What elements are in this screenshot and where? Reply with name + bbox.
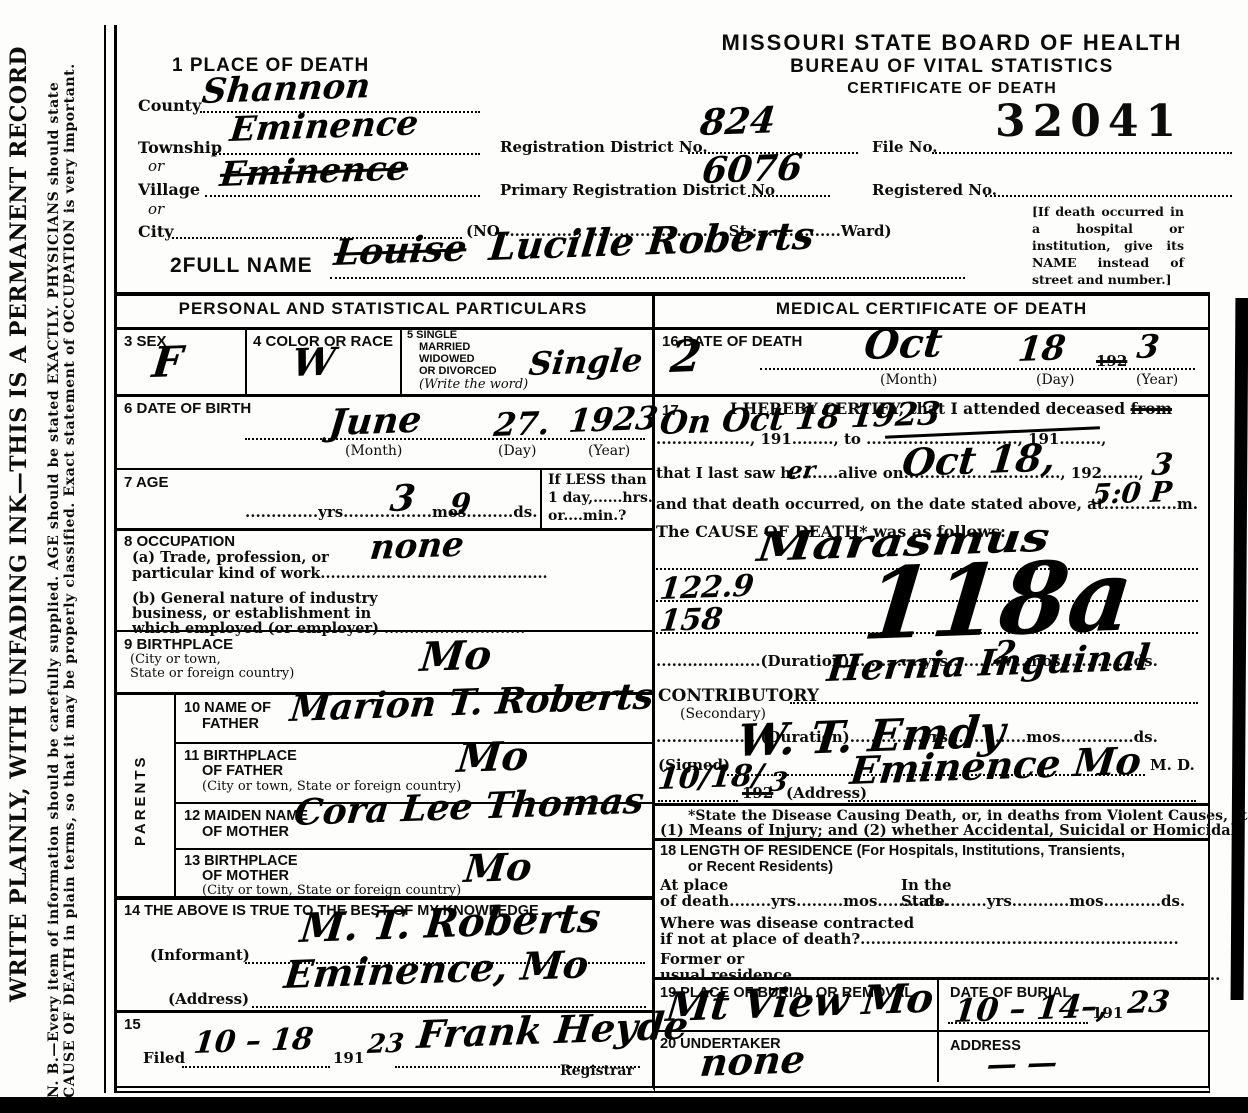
occupation-label: 8 OCCUPATION (124, 533, 235, 550)
date-of-burial-handwriting: 10 – 14–, (952, 986, 1110, 1030)
informant-address-label: (Address) (168, 990, 249, 1008)
margin-nb-line1: N. B.—Every item of information should b… (46, 63, 62, 1098)
sex-value-handwriting: F (150, 337, 185, 387)
death-year-handwriting: 3 (1135, 327, 1161, 366)
full-name-dotted-line (330, 277, 965, 279)
filed-year-printed: 191 (333, 1049, 364, 1067)
marital-label-line2: MARRIED (419, 341, 470, 353)
dob-month-caption: (Month) (345, 443, 402, 459)
primary-registration-value: 6076 (700, 146, 805, 192)
age-months-handwriting: 3 (388, 477, 417, 520)
mother-birthplace-label-line1: 13 BIRTHPLACE (184, 853, 298, 869)
father-birthplace-label-line1: 11 BIRTHPLACE (184, 748, 297, 764)
village-dotted-line (205, 195, 480, 197)
in-the-state-label-line2: State........yrs...........mos..........… (901, 892, 1185, 910)
township-value-handwriting: Eminence (228, 103, 420, 150)
margin-nb-note: N. B.—Every item of information should b… (46, 63, 78, 1098)
rule (655, 1030, 1208, 1032)
name-struck-handwriting: Louise (332, 227, 469, 274)
registration-district-value: 824 (698, 99, 778, 144)
age-label: 7 AGE (124, 474, 168, 491)
death-month-handwriting: Oct (862, 319, 945, 369)
rule (655, 803, 1208, 806)
mother-birthplace-label-line2: OF MOTHER (202, 868, 289, 884)
mother-maiden-label-line1: 12 MAIDEN NAME (184, 808, 308, 824)
date-of-death-dotted-line (760, 368, 1195, 370)
death-month-caption: (Month) (880, 372, 937, 388)
death-certificate-scan: WRITE PLAINLY, WITH UNFADING INK—THIS IS… (0, 0, 1248, 1113)
contributory-dotted-line (790, 702, 1198, 704)
parents-vertical-label: PARENTS (132, 754, 149, 846)
file-no-dotted-line (932, 152, 1232, 154)
rule (937, 977, 939, 1082)
length-of-residence-label-line1: 18 LENGTH OF RESIDENCE (For Hospitals, I… (660, 843, 1125, 859)
burial-year-printed: 191 (1092, 1004, 1123, 1022)
township-label: Township (138, 138, 222, 157)
rule (174, 692, 176, 896)
rule (400, 327, 402, 394)
margin-warning-text: WRITE PLAINLY, WITH UNFADING INK—THIS IS… (6, 46, 32, 1002)
occupation-value-handwriting: none (368, 525, 466, 568)
signature-date-dotted-line (658, 800, 738, 802)
registrar-label: Registrar (560, 1063, 634, 1079)
death-year-printed: 192 (1096, 352, 1127, 370)
length-of-residence-label-line2: or Recent Residents) (688, 859, 833, 875)
registered-no-dotted-line (985, 195, 1232, 197)
occupation-a-line1: (a) Trade, profession, or (132, 549, 329, 566)
dob-year-handwriting: 1923 (567, 399, 660, 440)
occupation-a-line2: particular kind of work.................… (132, 565, 548, 582)
date-of-birth-label: 6 DATE OF BIRTH (124, 400, 251, 417)
rule (114, 468, 652, 470)
filed-label: Filed (143, 1049, 185, 1067)
burial-year-handwriting: 23 (1126, 984, 1171, 1021)
village-value-handwriting-struck: Eminence (218, 148, 410, 195)
dob-day-handwriting: 27. (492, 404, 552, 444)
hospital-note: [If death occurred in a hospital or inst… (1032, 203, 1184, 288)
birthplace-sub-line2: State or foreign country) (130, 666, 294, 681)
birthplace-sub-line1: (City or town, (130, 652, 221, 667)
death-time-handwriting: 5:0 P (1090, 475, 1174, 511)
undertaker-address-handwriting: — — (985, 1045, 1059, 1083)
filed-year-handwriting: 23 (366, 1029, 405, 1060)
age-less-than-line1: If LESS than (548, 472, 647, 488)
rule (176, 742, 652, 744)
rule (114, 327, 652, 330)
father-birthplace-handwriting: Mo (455, 732, 531, 782)
personal-title: PERSONAL AND STATISTICAL PARTICULARS (114, 299, 652, 319)
rule (176, 848, 652, 850)
age-less-than-line3: or....min.? (548, 508, 626, 524)
mother-maiden-label-line2: OF MOTHER (202, 824, 289, 840)
section15-number: 15 (124, 1016, 141, 1033)
signature-address-dotted-line (848, 800, 1196, 802)
full-name-label: 2FULL NAME (170, 254, 313, 278)
undertaker-value-handwriting: none (698, 1036, 807, 1085)
birthplace-label: 9 BIRTHPLACE (124, 636, 233, 653)
age-days-handwriting: 9 (448, 487, 473, 523)
board-title: MISSOURI STATE BOARD OF HEALTH (672, 30, 1232, 56)
bureau-title: BUREAU OF VITAL STATISTICS (672, 56, 1232, 78)
marital-write-word-label: (Write the word) (419, 377, 528, 392)
filed-dotted-line (182, 1066, 330, 1068)
certificate-number: 32041 (995, 96, 1183, 147)
county-label: County (138, 96, 201, 115)
father-name-label-line2: FATHER (202, 716, 259, 732)
rule (245, 327, 247, 394)
marital-label-line4: OR DIVORCED (419, 365, 497, 377)
birthplace-value-handwriting: Mo (418, 631, 494, 681)
or-text-1: or (148, 157, 164, 175)
father-name-label-line1: 10 NAME OF (184, 700, 271, 716)
file-no-label: File No. (872, 138, 938, 156)
dob-year-caption: (Year) (588, 443, 630, 459)
death-day-caption: (Day) (1036, 372, 1074, 388)
last-saw-er-handwriting: er (786, 455, 817, 485)
scan-edge-bottom-band (0, 1097, 1248, 1113)
md-label: M. D. (1150, 756, 1195, 774)
marital-label-line1: 5 SINGLE (407, 329, 457, 341)
death-year-caption: (Year) (1136, 372, 1178, 388)
disease-contracted-label-line2: if not at place of death?...............… (660, 930, 1179, 948)
mother-birthplace-sub-label: (City or town, State or foreign country) (202, 883, 461, 898)
rule (540, 468, 542, 528)
father-birthplace-label-line2: OF FATHER (202, 763, 283, 779)
marital-value-handwriting: Single (527, 341, 644, 383)
full-name-handwriting: Lucille Roberts (487, 212, 816, 269)
place-of-burial-handwriting: Mt View Mo (664, 974, 936, 1031)
registered-no-label: Registered No. (872, 181, 997, 199)
medical-title: MEDICAL CERTIFICATE OF DEATH (655, 299, 1208, 319)
dob-month-handwriting: June (327, 399, 424, 444)
primary-registration-dotted-line (748, 195, 830, 197)
registrar-signature-handwriting: Frank Heyde (415, 1002, 691, 1057)
city-label: City (138, 222, 174, 241)
village-label: Village (138, 180, 200, 199)
filed-date-handwriting: 10 – 18 (192, 1022, 315, 1061)
color-race-value-handwriting: W (290, 338, 337, 385)
footnote-line2: (1) Means of Injury; and (2) whether Acc… (660, 822, 1241, 839)
marital-label-line3: WIDOWED (419, 353, 475, 365)
dob-day-caption: (Day) (498, 443, 536, 459)
age-less-than-line2: 1 day,......hrs. (548, 490, 653, 506)
margin-nb-line2: CAUSE OF DEATH in plain terms, so that i… (62, 63, 78, 1098)
informant-label: (Informant) (150, 946, 250, 964)
death-day-handwriting: 18 (1016, 328, 1068, 370)
scan-edge-right-strip (1231, 298, 1248, 1000)
rule (114, 394, 652, 397)
last-saw-date-handwriting: Oct 18, (900, 434, 1058, 485)
cause-big-code-handwriting: 118a (858, 538, 1138, 663)
registration-district-label: Registration District No. (500, 138, 708, 156)
certify-from-struck: from (1130, 399, 1172, 418)
date-of-death-mark-handwriting: 2 (668, 331, 704, 383)
mother-birthplace-handwriting: Mo (462, 843, 534, 891)
or-text-2: or (148, 200, 164, 218)
